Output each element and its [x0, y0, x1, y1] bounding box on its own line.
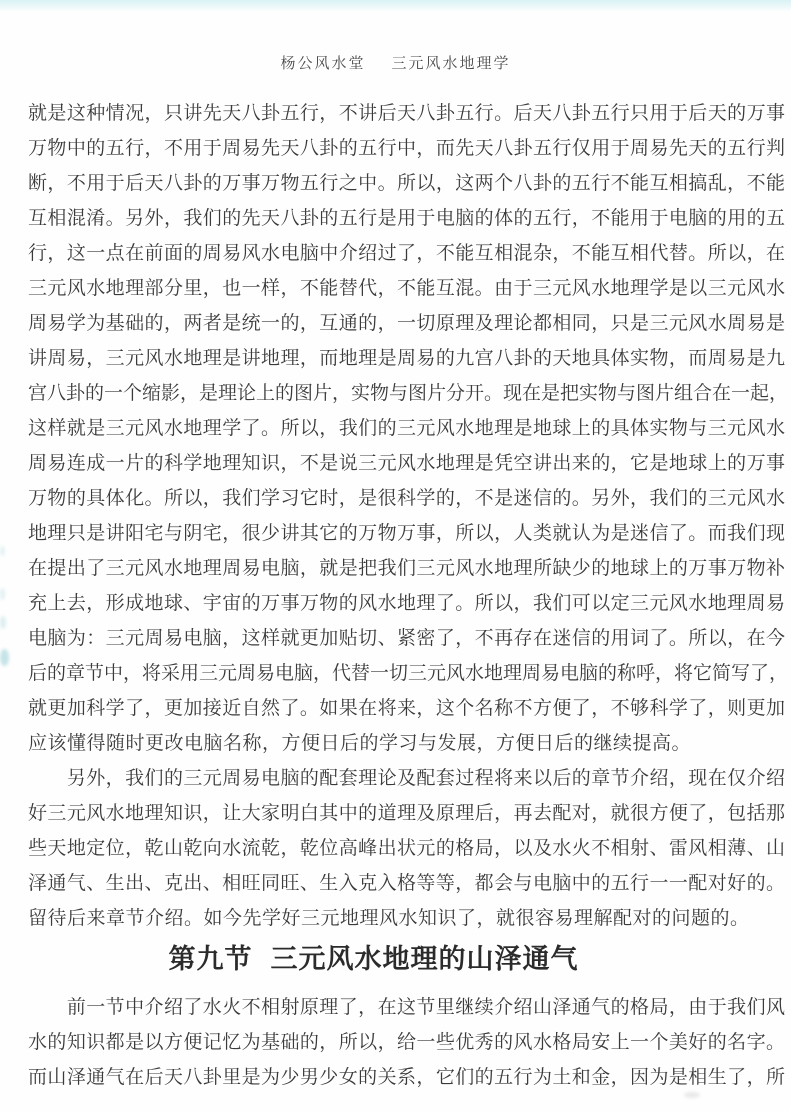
scanned-book-page: 杨公风水堂 三元风水地理学 就是这种情况，只讲先天八卦五行，不讲后天八卦五行。后… [0, 0, 791, 1111]
page-header: 杨公风水堂 三元风水地理学 [0, 52, 791, 73]
scan-artifact-top-strip [0, 0, 791, 14]
text-line: 周易学为基础的，两者是统一的，互通的，一切原理及理论都相同，只是三元风水周易是 [28, 306, 785, 341]
text-line: 讲周易，三元风水地理是讲地理，而地理是周易的九宫八卦的天地具体实物，而周易是九 [28, 341, 785, 376]
section-number: 第九节 [169, 942, 253, 976]
text-line: 就是这种情况，只讲先天八卦五行，不讲后天八卦五行。后天八卦五行只用于后天的万事 [28, 96, 785, 131]
text-line: 行，这一点在前面的周易风水电脑中介绍过了，不能互相混杂，不能互相代替。所以，在 [28, 236, 785, 271]
paragraph: 前一节中介绍了水火不相射原理了，在这节里继续介绍山泽通气的格局，由于我们风水的知… [28, 990, 785, 1095]
text-line: 留待后来章节介绍。如今先学好三元地理风水知识了，就很容易理解配对的问题的。 [28, 901, 785, 936]
text-line: 就更加科学了，更加接近自然了。如果在将来，这个名称不方便了，不够科学了，则更加 [28, 691, 785, 726]
text-line: 地理只是讲阳宅与阴宅，很少讲其它的万物万事，所以，人类就认为是迷信了。而我们现 [28, 516, 785, 551]
scan-artifact-edge-mark [0, 616, 6, 629]
text-line: 这样就是三元风水地理学了。所以，我们的三元风水地理是地球上的具体实物与三元风水 [28, 411, 785, 446]
text-line: 互相混淆。另外，我们的先天八卦的五行是用于电脑的体的五行，不能用于电脑的用的五 [28, 201, 785, 236]
text-line: 充上去，形成地球、宇宙的万事万物的风水地理了。所以，我们可以定三元风水地理周易 [28, 586, 785, 621]
section-title: 三元风水地理的山泽通气 [271, 942, 579, 976]
section-heading: 第九节三元风水地理的山泽通气 [0, 942, 752, 976]
text-line: 后的章节中，将采用三元周易电脑，代替一切三元风水地理周易电脑的称呼，将它简写了， [28, 656, 785, 691]
text-line: 三元风水地理部分里，也一样，不能替代，不能互混。由于三元风水地理学是以三元风水 [28, 271, 785, 306]
text-line: 些天地定位，乾山乾向水流乾，乾位高峰出状元的格局，以及水火不相射、雷风相薄、山 [28, 831, 785, 866]
text-line: 而山泽通气在后天八卦里是为少男少女的关系，它们的五行为土和金，因为是相生了，所 [28, 1060, 785, 1095]
paragraph: 另外，我们的三元周易电脑的配套理论及配套过程将来以后的章节介绍，现在仅介绍好三元… [28, 761, 785, 936]
text-line: 周易连成一片的科学地理知识，不是说三元风水地理是凭空讲出来的，它是地球上的万事 [28, 446, 785, 481]
scan-artifact-edge-mark [0, 649, 9, 666]
text-line: 断，不用于后天八卦的万事万物五行之中。所以，这两个八卦的五行不能互相搞乱，不能 [28, 166, 785, 201]
text-line: 泽通气、生出、克出、相旺同旺、生入克入格等等，都会与电脑中的五行一一配对好的。 [28, 866, 785, 901]
scan-artifact-edge-mark [0, 588, 5, 600]
header-site-name: 杨公风水堂 [280, 52, 365, 73]
text-line: 电脑为：三元周易电脑，这样就更加贴切、紧密了，不再存在迷信的用词了。所以，在今 [28, 621, 785, 656]
scan-artifact-edge-mark [0, 546, 5, 556]
header-book-title: 三元风水地理学 [392, 52, 511, 73]
page-body: 就是这种情况，只讲先天八卦五行，不讲后天八卦五行。后天八卦五行只用于后天的万事万… [28, 96, 785, 1095]
paragraph: 就是这种情况，只讲先天八卦五行，不讲后天八卦五行。后天八卦五行只用于后天的万事万… [28, 96, 785, 761]
text-line: 应该懂得随时更改电脑名称，方便日后的学习与发展，方便日后的继续提高。 [28, 726, 785, 761]
text-line: 水的知识都是以方便记忆为基础的，所以，给一些优秀的风水格局安上一个美好的名字。 [28, 1025, 785, 1060]
text-line: 在提出了三元风水地理周易电脑，就是把我们三元风水地理所缺少的地球上的万事万物补 [28, 551, 785, 586]
text-line: 万物中的五行，不用于周易先天八卦的五行中，而先天八卦五行仅用于周易先天的五行判 [28, 131, 785, 166]
text-line: 宫八卦的一个缩影，是理论上的图片，实物与图片分开。现在是把实物与图片组合在一起， [28, 376, 785, 411]
text-line: 另外，我们的三元周易电脑的配套理论及配套过程将来以后的章节介绍，现在仅介绍 [28, 761, 785, 796]
text-line: 万物的具体化。所以，我们学习它时，是很科学的，不是迷信的。另外，我们的三元风水 [28, 481, 785, 516]
text-line: 前一节中介绍了水火不相射原理了，在这节里继续介绍山泽通气的格局，由于我们风 [28, 990, 785, 1025]
text-line: 好三元风水地理知识，让大家明白其中的道理及原理后，再去配对，就很方便了，包括那 [28, 796, 785, 831]
